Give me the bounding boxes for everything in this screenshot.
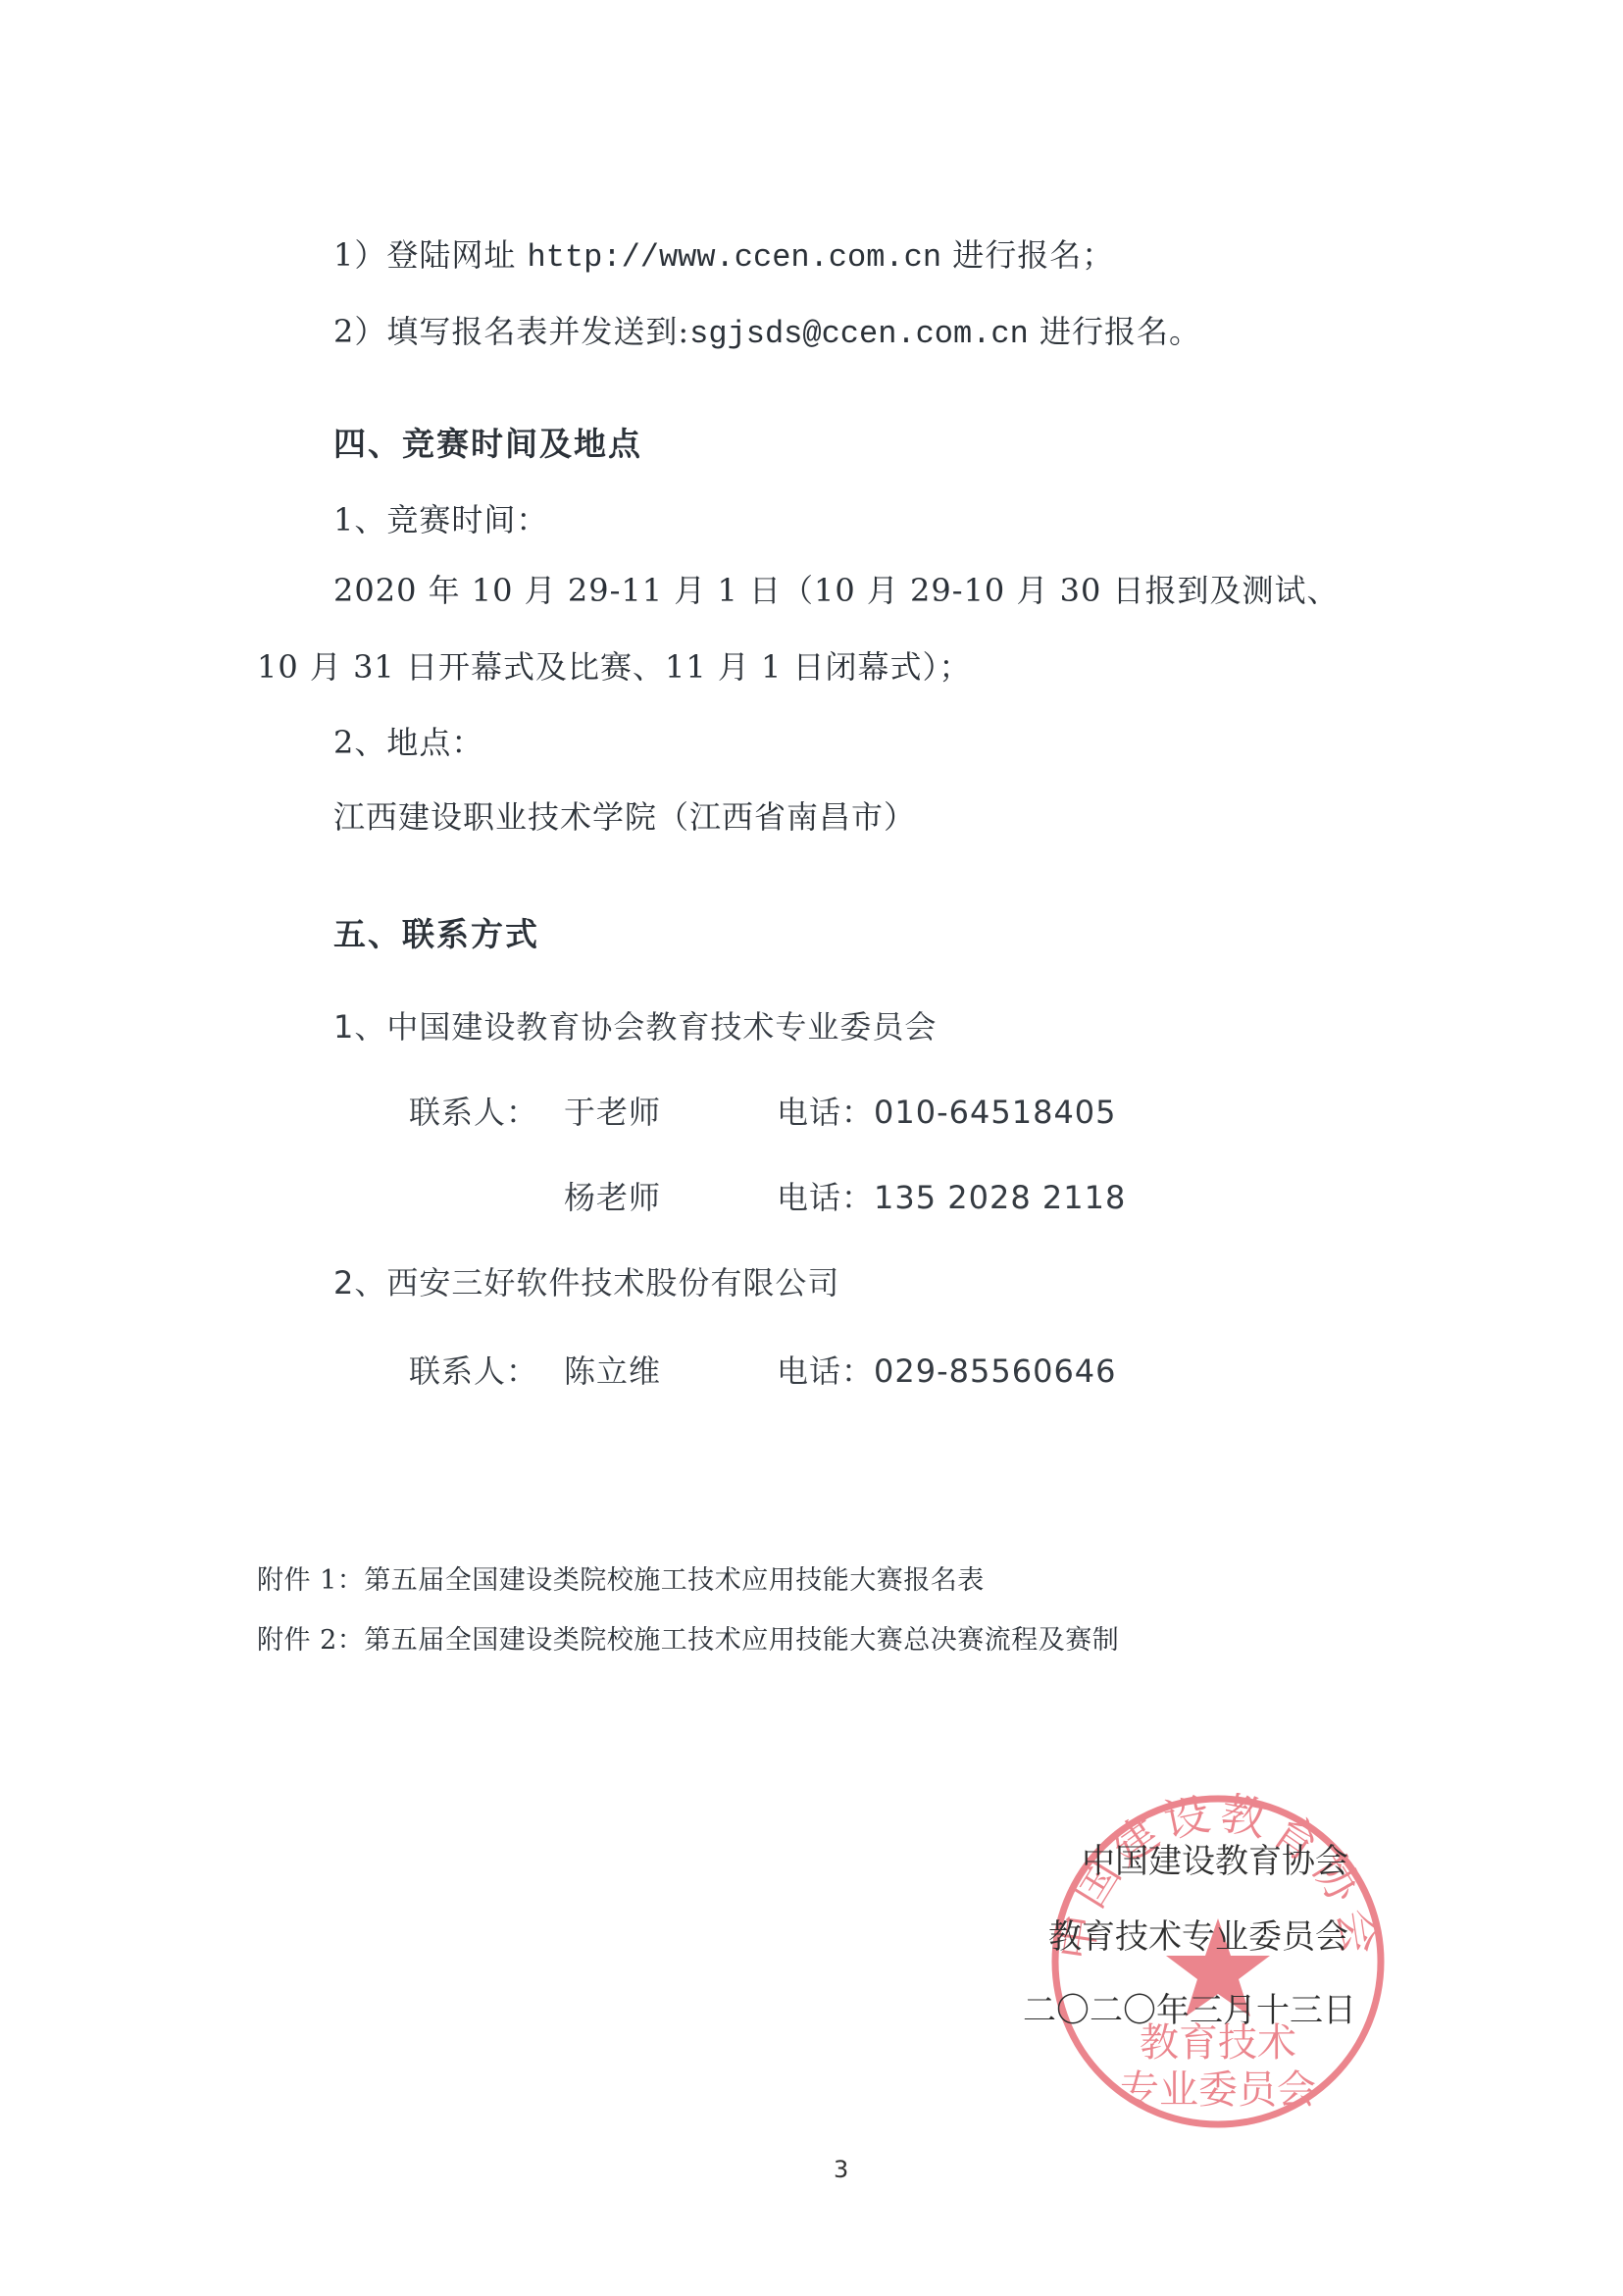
phone-field: 电话：135 2028 2118 [777, 1178, 1126, 1217]
signature-date: 二〇二〇年三月十三日 [1023, 1990, 1356, 2031]
contact-label: 联系人： [409, 1093, 538, 1132]
section-5-heading: 五、联系方式 [333, 915, 539, 954]
registration-email-link[interactable]: sgjsds@ccen.com.cn [689, 316, 1029, 352]
phone-label: 电话： [777, 1179, 874, 1216]
contact-org-2-name: 2、西安三好软件技术股份有限公司 [333, 1263, 839, 1302]
phone-number: 029-85560646 [874, 1352, 1117, 1390]
phone-field: 电话：029-85560646 [777, 1352, 1117, 1391]
contact-name: 陈立维 [564, 1352, 661, 1391]
registration-item-2: 2）填写报名表并发送到:sgjsds@ccen.com.cn 进行报名。 [333, 312, 1201, 354]
phone-label: 电话： [777, 1352, 874, 1390]
phone-label: 电话： [777, 1094, 874, 1131]
attachment-2: 附件 2：第五届全国建设类院校施工技术应用技能大赛总决赛流程及赛制 [257, 1624, 1119, 1658]
place-label: 2、地点： [333, 723, 483, 762]
attachment-1: 附件 1：第五届全国建设类院校施工技术应用技能大赛报名表 [257, 1564, 985, 1598]
phone-number: 135 2028 2118 [874, 1179, 1126, 1216]
competition-time-label: 1、竞赛时间： [333, 500, 548, 539]
competition-time-line-2: 10 月 31 日开幕式及比赛、11 月 1 日闭幕式）； [257, 647, 972, 687]
phone-field: 电话：010-64518405 [777, 1093, 1117, 1132]
section-4-heading: 四、竞赛时间及地点 [333, 425, 642, 464]
signature-org-line-1: 中国建设教育协会 [1082, 1841, 1348, 1882]
phone-number: 010-64518405 [874, 1094, 1117, 1131]
registration-item-1: 1）登陆网址 http://www.ccen.com.cn 进行报名； [333, 235, 1114, 278]
registration-item-1-prefix: 1）登陆网址 [333, 236, 528, 274]
competition-time-line-1: 2020 年 10 月 29-11 月 1 日（10 月 29-10 月 30 … [333, 571, 1340, 610]
contact-label: 联系人： [409, 1352, 538, 1391]
registration-item-2-prefix: 2）填写报名表并发送到: [333, 313, 689, 350]
stamp-inner-line-2: 专业委员会 [1120, 2067, 1316, 2113]
document-page: 1）登陆网址 http://www.ccen.com.cn 进行报名； 2）填写… [0, 0, 1623, 2296]
place-value: 江西建设职业技术学院（江西省南昌市） [333, 797, 916, 837]
contact-name: 于老师 [564, 1093, 661, 1132]
page-number: 3 [834, 2156, 848, 2183]
contact-org-1-name: 1、中国建设教育协会教育技术专业委员会 [333, 1007, 937, 1046]
signature-org-line-2: 教育技术专业委员会 [1048, 1916, 1348, 1958]
registration-url-link[interactable]: http://www.ccen.com.cn [528, 239, 941, 276]
contact-name: 杨老师 [564, 1178, 661, 1217]
registration-item-1-suffix: 进行报名； [941, 236, 1114, 274]
registration-item-2-suffix: 进行报名。 [1029, 313, 1201, 350]
